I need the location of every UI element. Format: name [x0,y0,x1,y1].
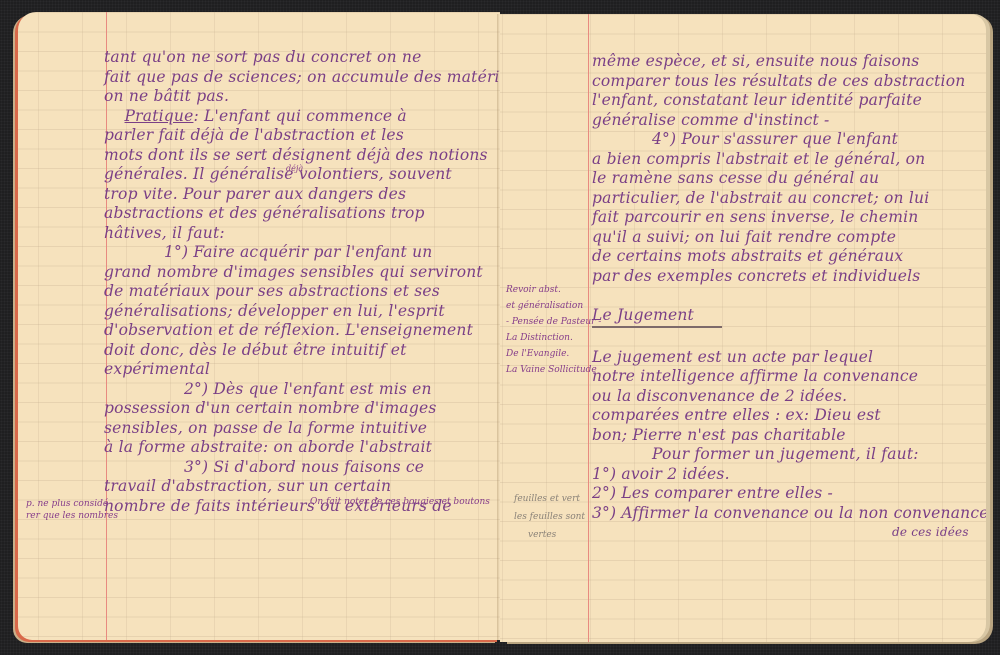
section-heading-jugement: Le Jugement [592,306,982,326]
handwritten-line: Le jugement est un acte par lequel [592,348,982,368]
handwritten-line: particulier, de l'abstrait au concret; o… [592,189,982,209]
margin-note-line: rer que les nombres [26,510,110,522]
margin-note-line: Revoir abst. [506,282,590,298]
margin-note-line: La Distinction. [506,330,590,346]
handwritten-line: par des exemples concrets et individuels [592,267,982,287]
pratique-heading-line: Pratique: L'enfant qui commence à [104,107,496,127]
point-4-line: 4°) Pour s'assurer que l'enfant [592,130,982,150]
handwritten-line: d'observation et de réflexion. L'enseign… [104,321,496,341]
step-1-line: 1°) avoir 2 idées. [592,465,982,485]
handwritten-line: fait parcourir en sens inverse, le chemi… [592,208,982,228]
handwritten-line: Pour former un jugement, il faut: [592,445,982,465]
step-2-line: 2°) Les comparer entre elles - [592,484,982,504]
blank-line [592,286,982,306]
handwritten-line: de certains mots abstraits et généraux [592,247,982,267]
superscript-note: déjà [286,162,303,175]
handwritten-line: qu'il a suivi; on lui fait rendre compte [592,228,982,248]
interlinear-note: On fait noter de ces bougies et boutons [310,496,490,509]
handwritten-line: on ne bâtit pas. [104,87,496,107]
handwritten-line: notre intelligence affirme la convenance [592,367,982,387]
handwritten-line: trop vite. Pour parer aux dangers des [104,185,496,205]
margin-note-line: De l'Evangile. [506,346,590,362]
left-margin-note: p. ne plus considé- rer que les nombres [26,498,110,522]
handwritten-line: le ramène sans cesse du général au [592,169,982,189]
point-2-line: 2°) Dès que l'enfant est mis en [104,380,496,400]
handwritten-line: généralise comme d'instinct - [592,111,982,131]
handwritten-line: abstractions et des généralisations trop [104,204,496,224]
pencil-note-line: vertes [514,526,594,544]
margin-note-line: p. ne plus considé- [26,498,110,510]
pencil-note-line: les feuilles sont [514,508,594,526]
pencil-note-line: feuilles et vert [514,490,594,508]
handwritten-line: ou la disconvenance de 2 idées. [592,387,982,407]
right-page-text: même espèce, et si, ensuite nous faisons… [592,52,982,543]
heading-continuation: : L'enfant qui commence à [193,107,406,125]
handwritten-line: à la forme abstraite: on aborde l'abstra… [104,438,496,458]
step-3-continuation: de ces idées [592,523,982,543]
left-notebook-page: tant qu'on ne sort pas du concret on ne … [18,12,500,640]
left-page-text: tant qu'on ne sort pas du concret on ne … [104,48,496,516]
handwritten-line: comparer tous les résultats de ces abstr… [592,72,982,92]
handwritten-line: généralisations; développer en lui, l'es… [104,302,496,322]
point-3-line: 3°) Si d'abord nous faisons ce [104,458,496,478]
handwritten-line: même espèce, et si, ensuite nous faisons [592,52,982,72]
blank-line [592,328,982,348]
handwritten-line: hâtives, il faut: [104,224,496,244]
margin-note-line: et généralisation [506,298,590,314]
handwritten-line: parler fait déjà de l'abstraction et les [104,126,496,146]
handwritten-line: de matériaux pour ses abstractions et se… [104,282,496,302]
step-3-line: 3°) Affirmer la convenance ou la non con… [592,504,982,524]
handwritten-line: a bien compris l'abstrait et le général,… [592,150,982,170]
handwritten-line: bon; Pierre n'est pas charitable [592,426,982,446]
handwritten-line: doit donc, dès le début être intuitif et [104,341,496,361]
handwritten-line: possession d'un certain nombre d'images [104,399,496,419]
handwritten-line: l'enfant, constatant leur identité parfa… [592,91,982,111]
right-notebook-page: Revoir abst. et généralisation - Pensée … [500,14,986,642]
center-margin-notes: Revoir abst. et généralisation - Pensée … [506,282,590,378]
handwritten-line: tant qu'on ne sort pas du concret on ne [104,48,496,68]
point-1-line: 1°) Faire acquérir par l'enfant un [104,243,496,263]
pencil-margin-notes: feuilles et vert les feuilles sont verte… [514,490,594,544]
handwritten-line: grand nombre d'images sensibles qui serv… [104,263,496,283]
handwritten-line: comparées entre elles : ex: Dieu est [592,406,982,426]
margin-note-line: La Vaine Sollicitude [506,362,590,378]
handwritten-line: travail d'abstraction, sur un certain [104,477,496,497]
margin-note-line: - Pensée de Pasteur - [506,314,590,330]
handwritten-line: fait que pas de sciences; on accumule de… [104,68,496,88]
handwritten-line: expérimental [104,360,496,380]
handwritten-line: sensibles, on passe de la forme intuitiv… [104,419,496,439]
pratique-heading: Pratique [125,107,194,125]
